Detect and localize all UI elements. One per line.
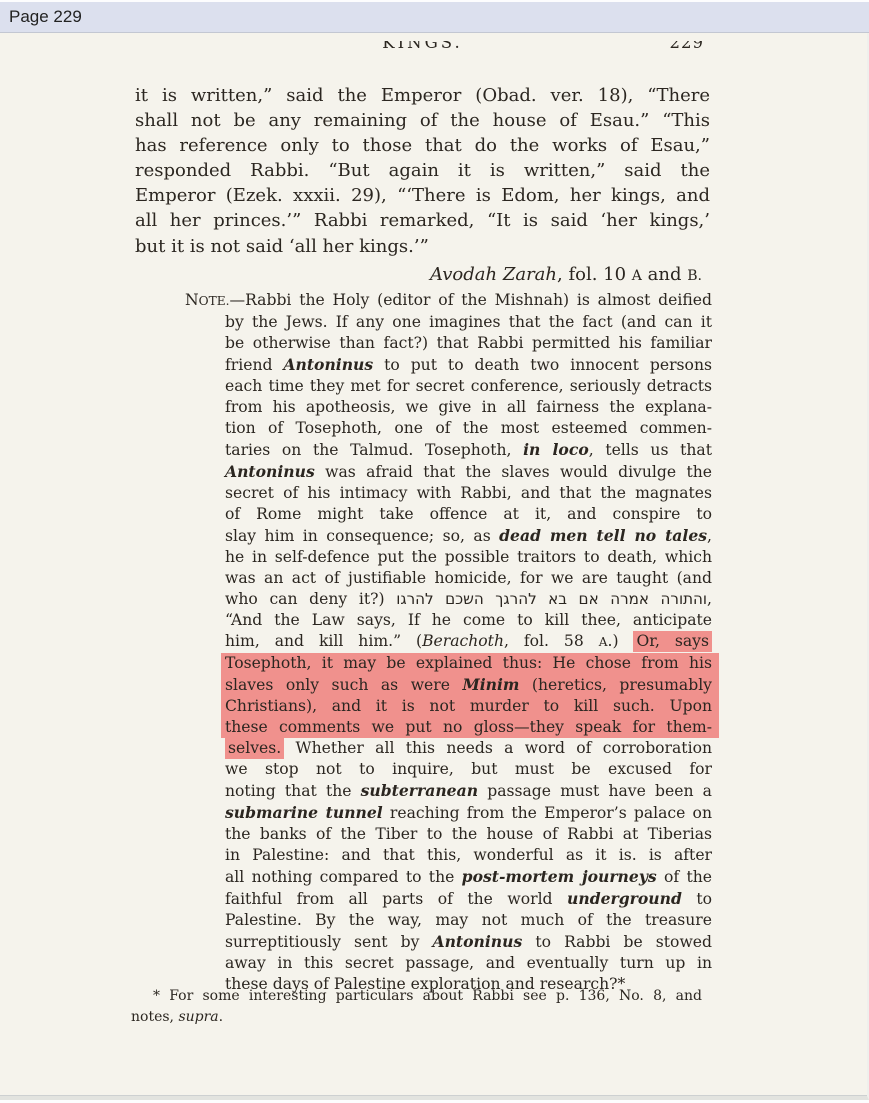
text-line: NOTE.—Rabbi the Holy (editor of the Mish… [185, 290, 712, 312]
text-segment: faithful from all parts of the world [225, 890, 567, 908]
text-segment: of Rome might take offence at it, and co… [225, 505, 712, 523]
text-segment: slay him in consequence; so, as [225, 527, 499, 545]
text-segment: , [707, 527, 712, 545]
text-line: selves. Whether all this needs a word of… [225, 738, 712, 759]
text-line: Antoninus was afraid that the slaves wou… [225, 461, 712, 483]
text-line: but it is not said ‘all her kings.’” [135, 234, 710, 259]
text-segment: but it is not said ‘all her kings.’” [135, 236, 429, 257]
text-segment: we stop not to inquire, but must be excu… [225, 760, 712, 778]
highlighted-text: selves. [225, 738, 284, 759]
text-segment: OTE. [199, 294, 230, 308]
text-segment: subterranean [361, 781, 478, 800]
text-line: taries on the Talmud. Tosephoth, in loco… [225, 439, 712, 461]
text-line: who can deny it?) והתורה אמרה אם בא להרג… [225, 589, 712, 610]
text-line: secret of his intimacy with Rabbi, and t… [225, 483, 712, 504]
highlighted-text: Or, says [633, 631, 712, 652]
highlighted-text-line: slaves only such as were Minim (heretics… [221, 674, 719, 696]
hebrew-text: והתורה אמרה אם בא להרגך השכם להרגו [396, 590, 707, 608]
text-segment: each time they met for secret conference… [225, 377, 712, 395]
text-segment: friend [225, 356, 283, 374]
text-segment: A [632, 268, 642, 284]
text-segment: dead men tell no tales [499, 526, 707, 545]
text-segment: “And the Law says, If he come to kill th… [225, 611, 712, 629]
text-line: from his apotheosis, we give in all fair… [225, 397, 712, 418]
text-segment: noting that the [225, 782, 361, 800]
text-segment: away in this secret passage, and eventua… [225, 954, 712, 972]
text-segment: responded Rabbi. “But again it is writte… [135, 160, 710, 181]
text-line: away in this secret passage, and eventua… [225, 953, 712, 974]
text-segment: him, and kill him.” ( [225, 632, 422, 650]
text-segment: was afraid that the slaves would divulge… [315, 463, 712, 481]
text-segment: be otherwise than fact?) that Rabbi perm… [225, 334, 712, 352]
highlighted-text-line: Tosephoth, it may be explained thus: He … [221, 653, 719, 674]
text-segment: shall not be any remaining of the house … [135, 110, 710, 131]
text-segment: all her princes.’” Rabbi remarked, “It i… [135, 210, 710, 231]
highlighted-text-line: these comments we put no gloss—they spea… [221, 717, 719, 738]
text-segment: to Rabbi be stowed [522, 933, 712, 951]
text-segment: Berachoth [422, 632, 504, 650]
text-line: Palestine. By the way, may not much of t… [225, 910, 712, 931]
text-line: Avodah Zarah, fol. 10 A and B. [135, 262, 702, 289]
window-titlebar: Page 229 [0, 0, 869, 33]
text-segment: (heretics, presumably [519, 676, 712, 694]
text-line: noting that the subterranean passage mus… [225, 780, 712, 802]
running-head-title: KINGS. [135, 41, 710, 52]
running-head: KINGS. 229 [135, 41, 710, 59]
talmud-quote-paragraph: it is written,” said the Emperor (Obad. … [135, 83, 710, 259]
text-segment: and [642, 264, 687, 285]
text-segment: underground [567, 889, 682, 908]
text-segment: supra [178, 1009, 218, 1025]
text-line: “And the Law says, If he come to kill th… [225, 610, 712, 631]
text-segment: Whether all this needs a word of corrobo… [284, 739, 712, 757]
text-line: all her princes.’” Rabbi remarked, “It i… [135, 208, 710, 233]
text-segment: passage must have been a [478, 782, 712, 800]
text-segment: . [219, 1009, 223, 1025]
text-segment: tion of Tosephoth, one of the most estee… [225, 419, 712, 437]
text-segment: surreptitiously sent by [225, 933, 432, 951]
highlighted-text-line: Christians), and it is not murder to kil… [221, 696, 719, 717]
text-segment: has reference only to those that do the … [135, 135, 710, 156]
text-line: faithful from all parts of the world und… [225, 888, 712, 910]
footnote: * For some interesting particulars about… [131, 986, 702, 1027]
text-line: the banks of the Tiber to the house of R… [225, 824, 712, 845]
text-segment: who can deny it?) [225, 590, 396, 608]
text-segment: , fol. 58 [504, 632, 599, 650]
text-segment: reaching from the Emperor’s palace on [383, 804, 712, 822]
text-line: in Palestine: and that this, wonderful a… [225, 845, 712, 866]
text-segment: N [185, 291, 199, 309]
text-segment: of the [657, 868, 712, 886]
text-segment: submarine tunnel [225, 803, 383, 822]
text-line: by the Jews. If any one imagines that th… [225, 312, 712, 333]
text-line: he in self-defence put the possible trai… [225, 547, 712, 568]
text-segment: in loco [523, 440, 589, 459]
text-line: friend Antoninus to put to death two inn… [225, 354, 712, 376]
text-line: it is written,” said the Emperor (Obad. … [135, 83, 710, 108]
text-segment: notes, [131, 1009, 178, 1025]
text-segment: it is written,” said the Emperor (Obad. … [135, 85, 710, 106]
text-line: we stop not to inquire, but must be excu… [225, 759, 712, 780]
text-segment: B. [687, 268, 702, 284]
text-line: tion of Tosephoth, one of the most estee… [225, 418, 712, 439]
text-segment: slaves only such as were [225, 676, 462, 694]
text-segment: Christians), and it is not murder to kil… [225, 697, 712, 715]
scanned-book-page: KINGS. 229 it is written,” said the Empe… [0, 33, 869, 1100]
text-line: responded Rabbi. “But again it is writte… [135, 158, 710, 183]
text-segment: —Rabbi the Holy (editor of the Mishnah) … [229, 291, 712, 309]
text-line: slay him in consequence; so, as dead men… [225, 525, 712, 547]
text-segment: , tells us that [589, 441, 712, 459]
text-segment: the banks of the Tiber to the house of R… [225, 825, 712, 843]
text-segment: to [682, 890, 712, 908]
text-segment: , fol. 10 [557, 264, 632, 285]
text-segment: * For some interesting particulars about… [153, 988, 702, 1004]
text-segment: .) [607, 632, 633, 650]
text-segment: , [707, 590, 712, 608]
text-line: was an act of justifiable homicide, for … [225, 568, 712, 589]
text-segment: Avodah Zarah [430, 264, 557, 285]
text-segment: Tosephoth, it may be explained thus: He … [225, 654, 712, 672]
text-line: * For some interesting particulars about… [131, 986, 702, 1007]
text-line: submarine tunnel reaching from the Emper… [225, 802, 712, 824]
text-segment: he in self-defence put the possible trai… [225, 548, 712, 566]
text-line: surreptitiously sent by Antoninus to Rab… [225, 931, 712, 953]
text-segment: by the Jews. If any one imagines that th… [225, 313, 712, 331]
text-segment: post-mortem journeys [462, 867, 657, 886]
text-segment: Emperor (Ezek. xxxii. 29), “‘There is Ed… [135, 185, 710, 206]
text-segment: all nothing compared to the [225, 868, 462, 886]
text-line: him, and kill him.” (Berachoth, fol. 58 … [225, 631, 712, 653]
note-paragraph: NOTE.—Rabbi the Holy (editor of the Mish… [225, 290, 712, 995]
text-segment: Antoninus [432, 932, 522, 951]
page-title: Page 229 [9, 7, 82, 27]
text-line: has reference only to those that do the … [135, 133, 710, 158]
text-segment: from his apotheosis, we give in all fair… [225, 398, 712, 416]
text-segment: to put to death two innocent persons [373, 356, 712, 374]
text-line: each time they met for secret conference… [225, 376, 712, 397]
text-line: Emperor (Ezek. xxxii. 29), “‘There is Ed… [135, 183, 710, 208]
text-segment: was an act of justifiable homicide, for … [225, 569, 712, 587]
text-line: notes, supra. [131, 1007, 702, 1028]
text-segment: Palestine. By the way, may not much of t… [225, 911, 712, 929]
text-segment: these comments we put no gloss—they spea… [225, 718, 712, 736]
text-segment: taries on the Talmud. Tosephoth, [225, 441, 523, 459]
page-viewer-window: Page 229 KINGS. 229 it is written,” said… [0, 0, 869, 1103]
text-segment: Antoninus [225, 462, 315, 481]
text-segment: Minim [462, 675, 519, 694]
text-segment: secret of his intimacy with Rabbi, and t… [225, 484, 712, 502]
text-segment: Antoninus [283, 355, 373, 374]
running-head-page-number: 229 [670, 41, 705, 52]
text-segment: in Palestine: and that this, wonderful a… [225, 846, 712, 864]
text-line: shall not be any remaining of the house … [135, 108, 710, 133]
citation-line: Avodah Zarah, fol. 10 A and B. [135, 262, 702, 289]
text-line: be otherwise than fact?) that Rabbi perm… [225, 333, 712, 354]
text-line: all nothing compared to the post-mortem … [225, 866, 712, 888]
text-line: of Rome might take offence at it, and co… [225, 504, 712, 525]
